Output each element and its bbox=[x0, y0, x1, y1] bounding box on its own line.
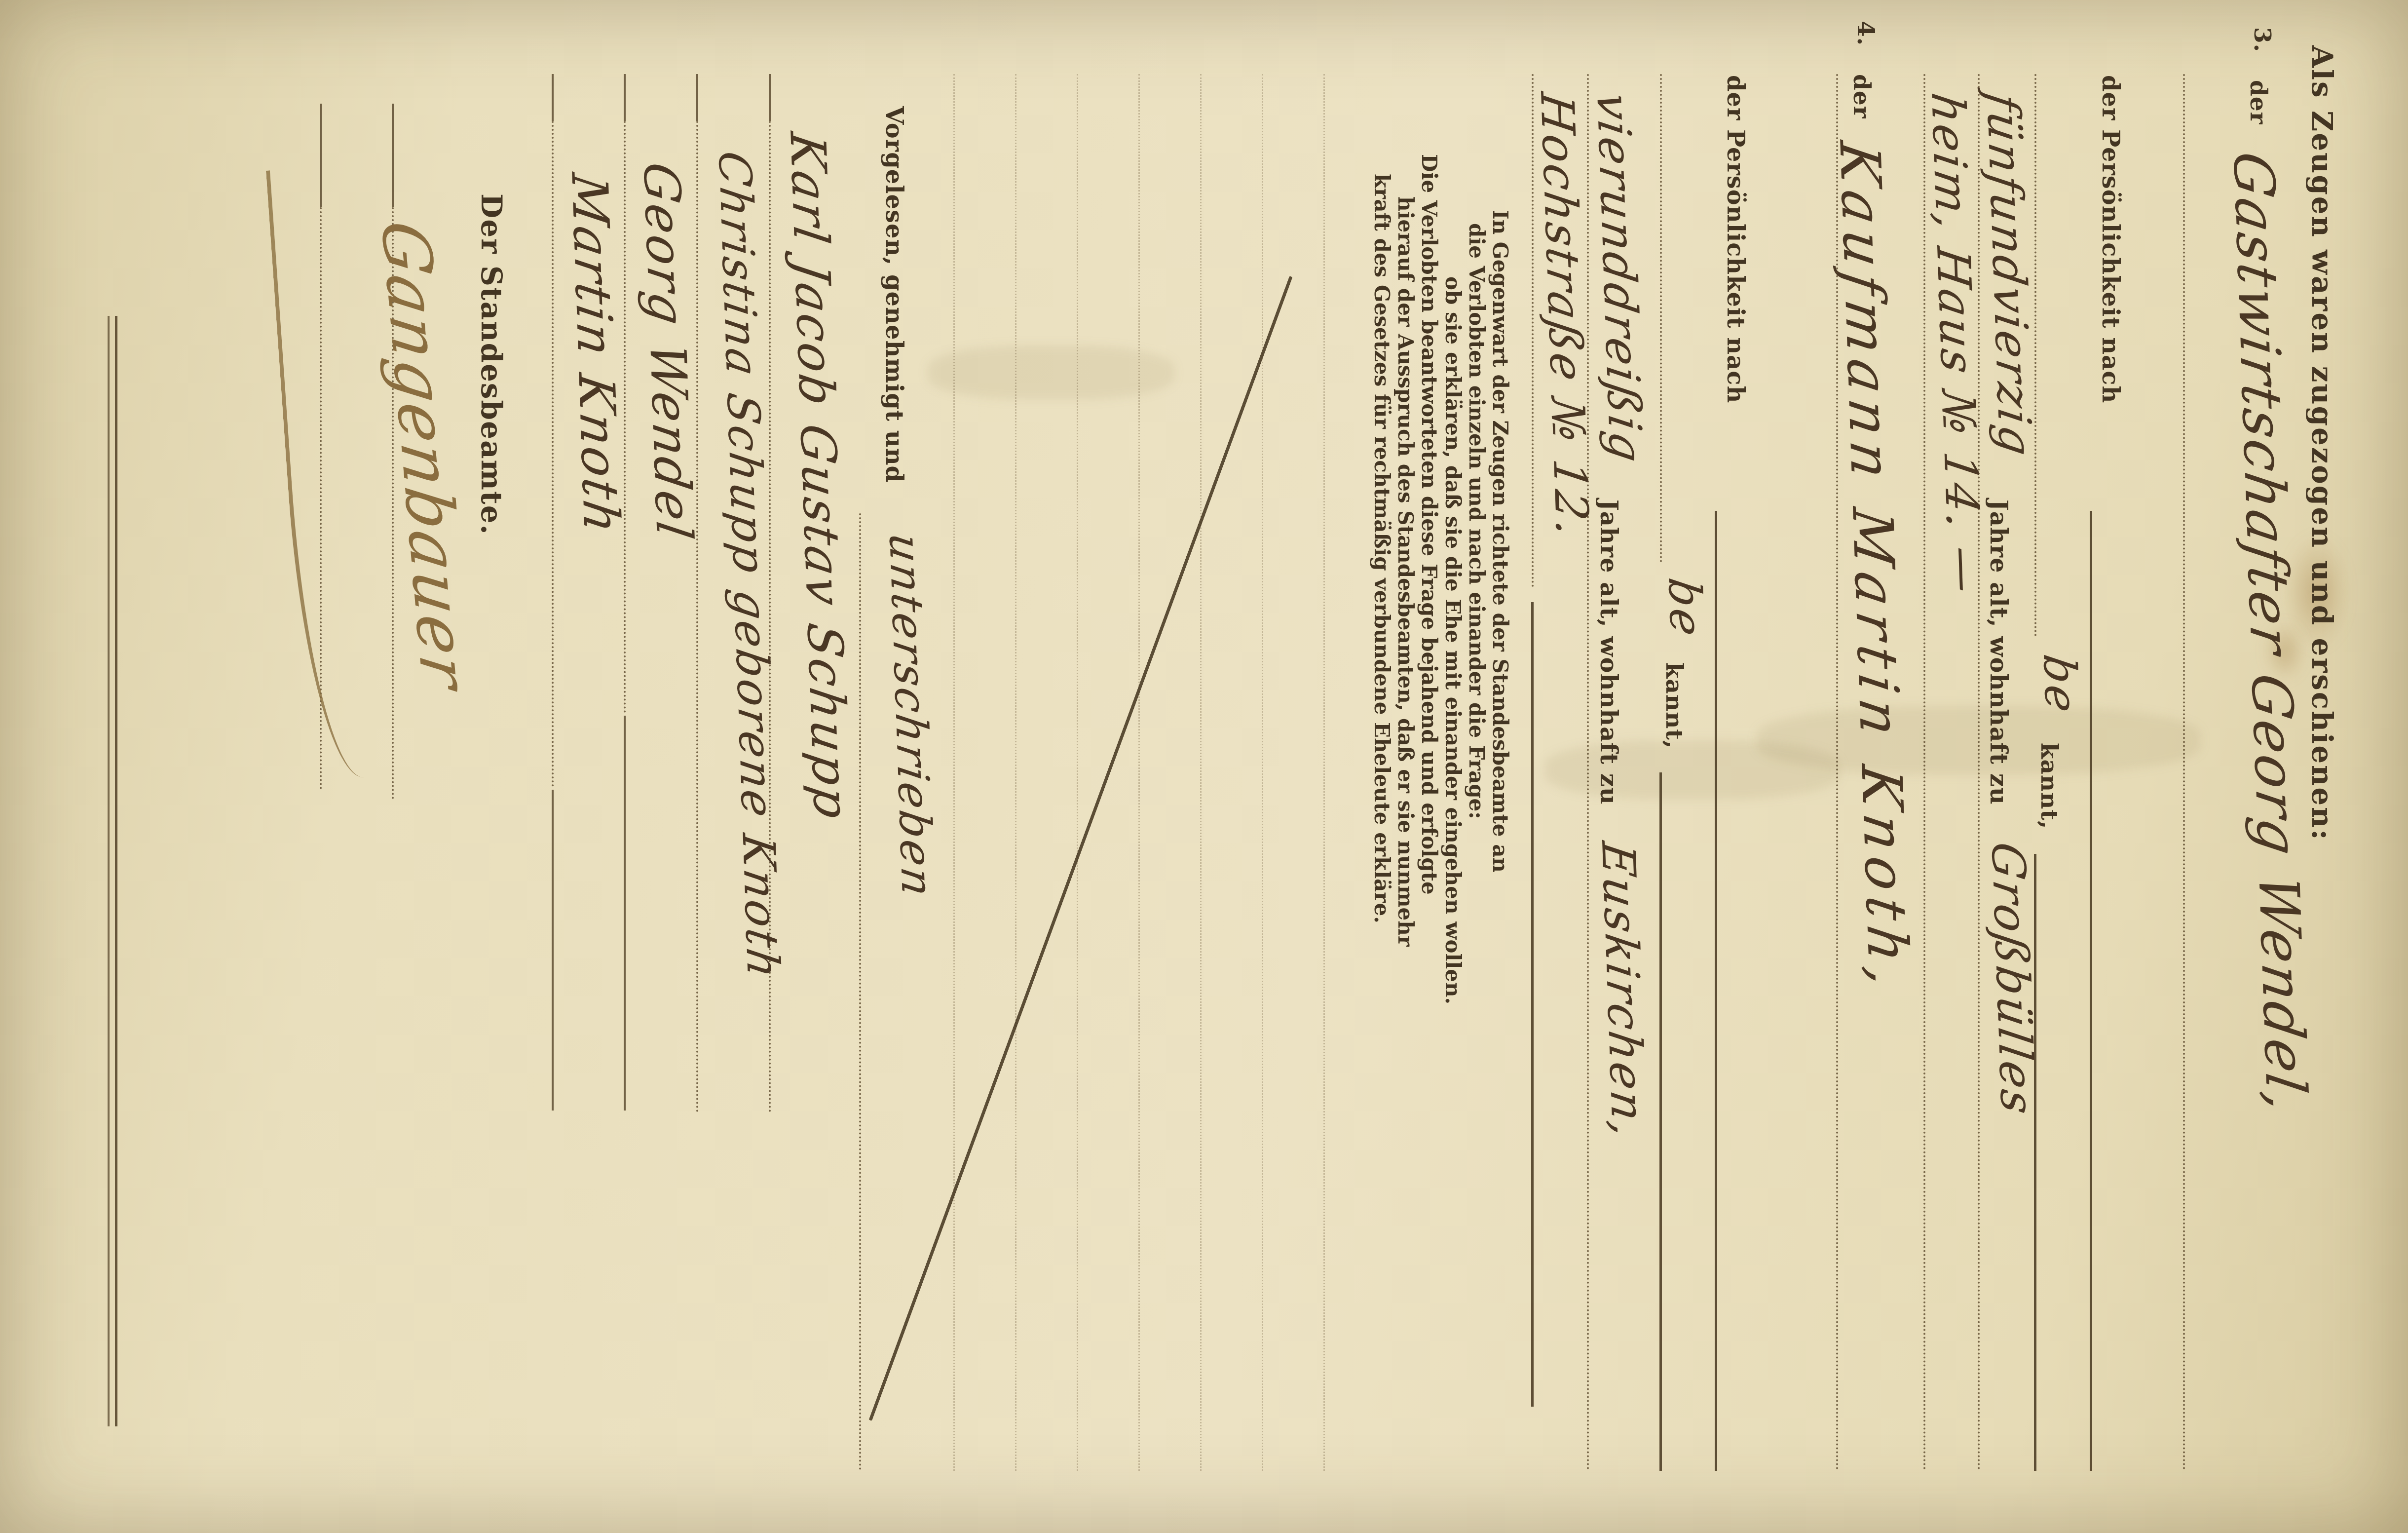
rule bbox=[624, 716, 626, 1111]
blank-rule bbox=[1262, 74, 1263, 1471]
witnesses-heading: Als Zeugen waren zugezogen und erschiene… bbox=[2305, 45, 2339, 842]
rule-lead bbox=[696, 74, 698, 121]
witness4-age-handwriting: vierunddreißig bbox=[1586, 90, 1653, 467]
rule bbox=[1923, 74, 1925, 1471]
rule bbox=[1660, 74, 1662, 563]
witness4-residence-handwriting: Euskirchen, bbox=[1591, 839, 1655, 1143]
rule bbox=[2090, 511, 2092, 1471]
rule bbox=[552, 121, 554, 787]
blank-rule bbox=[1200, 74, 1202, 1471]
rule-lead bbox=[392, 104, 394, 207]
rule bbox=[1531, 602, 1534, 1407]
witness3-identity-label: der Persönlichkeit nach bbox=[2097, 75, 2124, 403]
registrar-signature: Gangenbauer bbox=[366, 217, 484, 694]
form-end-rule-bottom bbox=[108, 316, 110, 1426]
witness4-number: 4. bbox=[1852, 21, 1879, 46]
rule bbox=[1836, 74, 1838, 1471]
witness3-identity-suffix: kannt, bbox=[2035, 743, 2063, 829]
closing-handwriting: unterschrieben bbox=[879, 531, 943, 901]
witness4-identity-label: der Persönlichkeit nach bbox=[1722, 75, 1749, 403]
signature-flourish bbox=[266, 166, 367, 781]
blank-rule bbox=[1138, 74, 1140, 1471]
rule bbox=[552, 790, 554, 1111]
document-page: Als Zeugen waren zugezogen und erschiene… bbox=[0, 0, 2408, 1533]
rule bbox=[1659, 772, 1662, 1471]
declaration-line-2: die Verlobten einzeln und nach einander … bbox=[1465, 223, 1489, 819]
declaration-line-6: kraft des Gesetzes für rechtmäßig verbun… bbox=[1370, 174, 1394, 923]
declaration-line-5: hierauf der Ausspruch des Standesbeamten… bbox=[1393, 196, 1418, 947]
rule bbox=[1532, 74, 1534, 587]
declaration-line-3: ob sie erklären, daß sie die Ehe mit ein… bbox=[1441, 276, 1465, 1004]
rule-lead bbox=[552, 74, 554, 121]
signature-bride: Christina Schupp geborene Knoth bbox=[708, 148, 789, 983]
witness4-age-printed: Jahre alt, wohnhaft zu bbox=[1595, 499, 1622, 805]
rule bbox=[696, 121, 698, 1113]
showthrough-smudge bbox=[1544, 740, 1841, 800]
signature-groom: Karl Jacob Gustav Schupp bbox=[779, 129, 859, 824]
witness4-article: der bbox=[1848, 74, 1875, 119]
blank-rule bbox=[1077, 74, 1078, 1471]
closing-printed: Vorgelesen, genehmigt und bbox=[880, 106, 908, 483]
witness3-number: 3. bbox=[2249, 27, 2276, 52]
rule bbox=[859, 513, 861, 1471]
declaration-line-4: Die Verlobten beantworteten diese Frage … bbox=[1417, 154, 1441, 895]
blank-rule bbox=[1015, 74, 1016, 1471]
witness4-name-handwriting: Kaufmann Martin Knoth, bbox=[1827, 138, 1921, 998]
rule-lead bbox=[624, 74, 626, 121]
registrar-label: Der Standesbeamte. bbox=[475, 193, 508, 536]
rule bbox=[1715, 511, 1717, 1471]
form-end-rule-top bbox=[115, 316, 117, 1426]
witness3-residence-handwriting: Großbülles bbox=[1981, 839, 2044, 1119]
witness3-age-handwriting: fünfundvierzig bbox=[1976, 90, 2042, 460]
witness4-identity-suffix: kannt, bbox=[1660, 662, 1688, 749]
rule bbox=[2183, 74, 2185, 1471]
declaration-line-1: In Gegenwart der Zeugen richtete der Sta… bbox=[1488, 210, 1512, 873]
signature-witness4: Martin Knoth bbox=[560, 170, 631, 538]
blank-rule bbox=[1323, 74, 1325, 1471]
rule-lead bbox=[769, 74, 771, 121]
witness3-identity-handwriting: be bbox=[2033, 652, 2087, 718]
scanned-marriage-record: Als Zeugen waren zugezogen und erschiene… bbox=[0, 0, 2408, 1533]
signature-witness3: Georg Wendel bbox=[632, 159, 703, 544]
blank-rule bbox=[953, 74, 955, 1471]
witness3-article: der bbox=[2245, 80, 2272, 125]
witness4-identity-handwriting: be bbox=[1658, 575, 1712, 641]
showthrough-smudge bbox=[928, 345, 1174, 400]
